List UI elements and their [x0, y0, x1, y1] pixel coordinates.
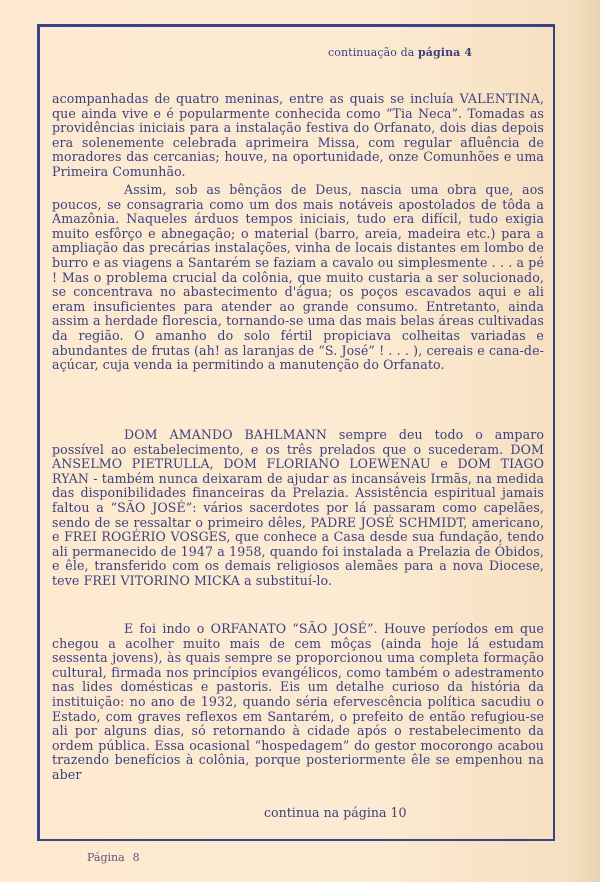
continuation-text: continuação da	[328, 46, 414, 59]
paragraph-text: E foi indo o ORFANATO “SÃO JOSÉ”. Houve …	[52, 622, 544, 783]
continues-on-page-note: continua na página 10	[264, 805, 407, 820]
paragraph-text: Assim, sob as bênçãos de Deus, nascia um…	[52, 183, 544, 373]
page-number-footer: Página8	[87, 851, 140, 864]
page-label: Página	[87, 851, 125, 864]
page-number: 8	[133, 851, 140, 864]
article-paragraph-1: acompanhadas de quatro meninas, entre as…	[52, 92, 544, 180]
paragraph-text: DOM AMANDO BAHLMANN sempre deu todo o am…	[52, 428, 544, 589]
continuation-header: continuação da página 4	[328, 46, 472, 59]
article-paragraph-3: DOM AMANDO BAHLMANN sempre deu todo o am…	[52, 428, 544, 589]
article-paragraph-4: E foi indo o ORFANATO “SÃO JOSÉ”. Houve …	[52, 622, 544, 783]
paragraph-text: acompanhadas de quatro meninas, entre as…	[52, 92, 544, 180]
article-paragraph-2: Assim, sob as bênçãos de Deus, nascia um…	[52, 183, 544, 373]
continuation-page-ref: página 4	[418, 46, 472, 59]
